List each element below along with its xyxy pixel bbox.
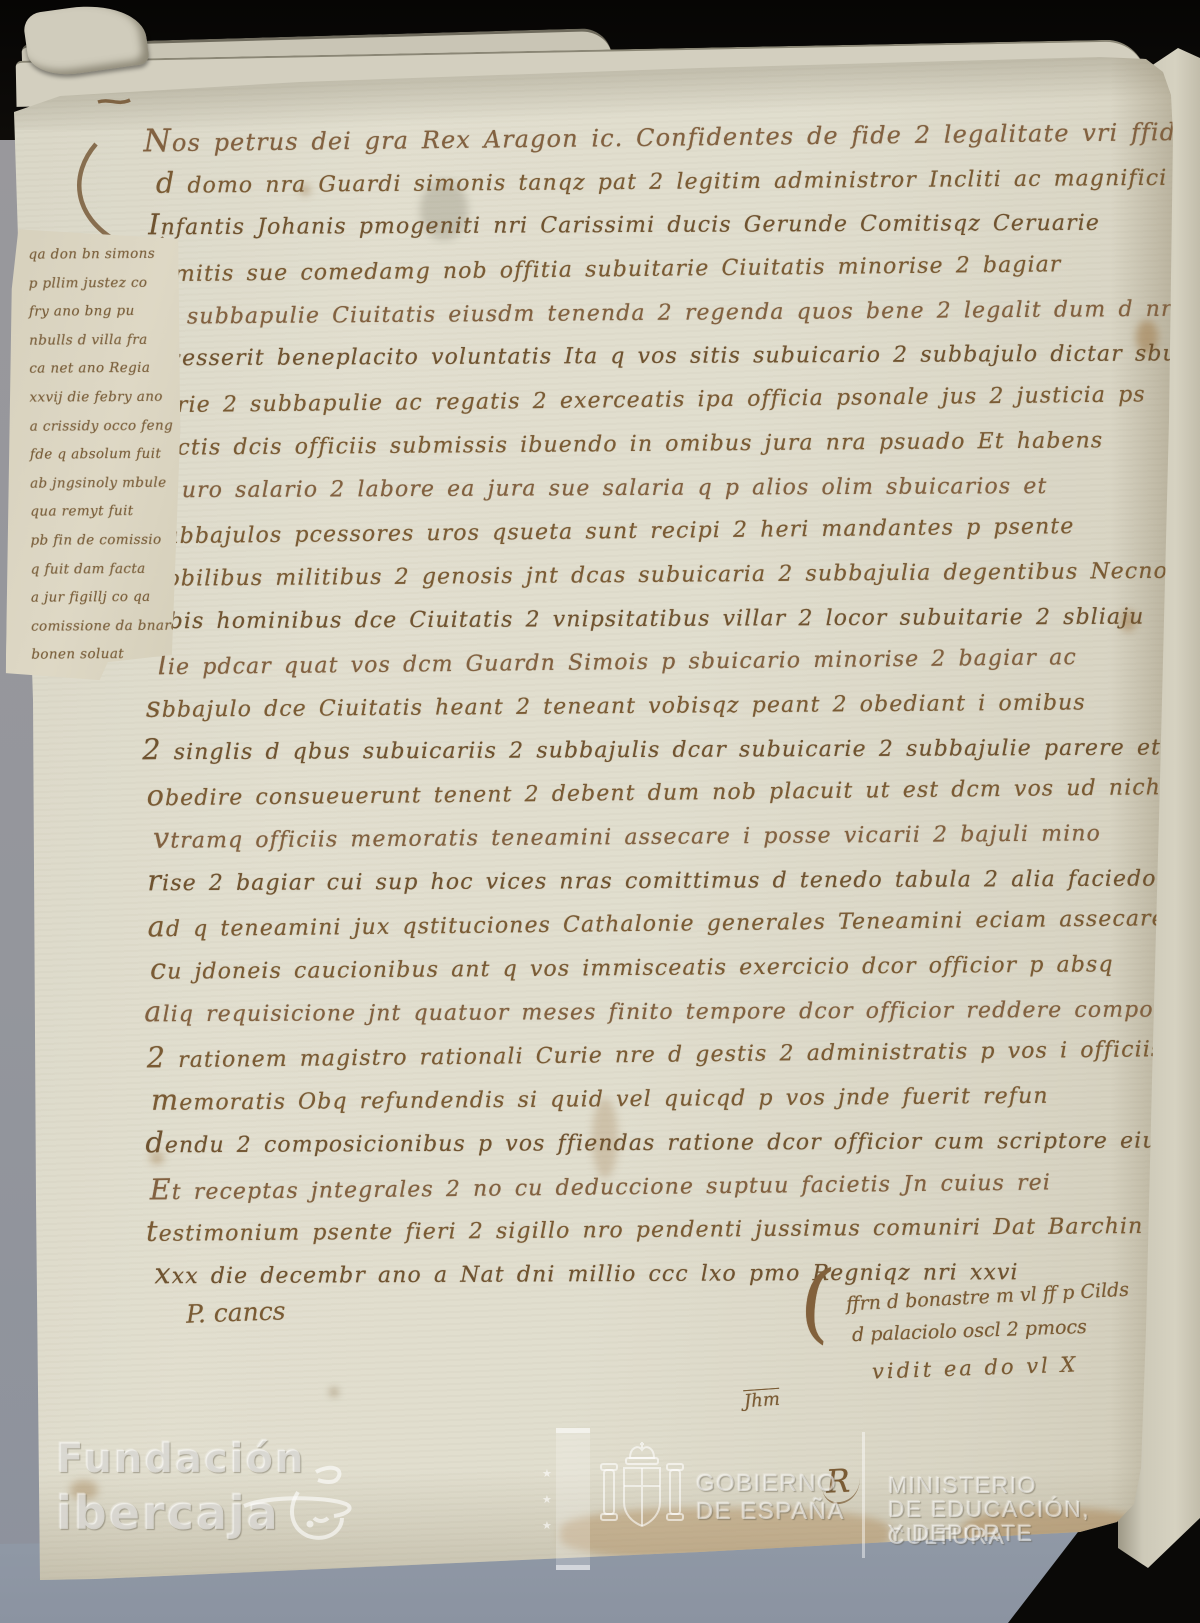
eu-stars-column-icon: ★ ★ ★ xyxy=(556,1428,590,1570)
margin-note-text: qa don bn simonsp pllim justez cofry ano… xyxy=(28,246,180,676)
gobierno-watermark-line1: GOBIERNO xyxy=(696,1470,837,1498)
margin-note-line: qua remyt fuit xyxy=(30,503,179,533)
gobierno-watermark-line2: DE ESPAÑA xyxy=(696,1498,845,1526)
manuscript-line: sbbajulo dce Ciuitatis heant 2 teneant v… xyxy=(146,682,1128,733)
main-text-block: Nos petrus dei gra Rex Aragon ic. Confid… xyxy=(133,114,1132,1301)
ministerio-watermark-line3: Y DEPORTE xyxy=(888,1520,1034,1547)
eu-star-icon: ★ xyxy=(542,1467,552,1480)
ibercaja-logo-icon xyxy=(238,1462,358,1546)
margin-note-line: p pllim justez co xyxy=(29,274,178,304)
watermark-divider xyxy=(862,1432,865,1558)
margin-note-line: qa don bn simons xyxy=(28,246,177,276)
chancellor-note: P. cancs xyxy=(186,1296,286,1328)
manuscript-line: cu jdoneis caucionibus ant q vos immisce… xyxy=(150,944,1130,995)
margin-note-line: pb fin de comissio xyxy=(30,532,179,562)
spain-coat-of-arms-icon xyxy=(596,1440,688,1546)
manuscript-line: et subbapulie Ciuitatis eiusdm tenenda 2… xyxy=(147,289,1125,340)
margin-note-line: a crissidy occo feng xyxy=(30,417,179,447)
margin-note-line: xxvij die febry ano xyxy=(29,389,178,419)
eu-star-icon: ★ xyxy=(542,1519,552,1532)
margin-note-line: ab jngsinoly mbule xyxy=(30,474,179,504)
margin-note-line: a jur figillj co qa xyxy=(31,589,180,619)
margin-note-line: fry ano bng pu xyxy=(29,303,178,333)
manuscript-line: nobilibus militibus 2 genosis jnt dcas s… xyxy=(147,551,1127,602)
manuscript-page: Nos petrus dei gra Rex Aragon ic. Confid… xyxy=(0,0,1200,1623)
manuscript-line: dendu 2 composicionibus p vos ffiendas r… xyxy=(145,1120,1131,1168)
eu-star-icon: ★ xyxy=(542,1493,552,1506)
manuscript-line: vtramq officiis memoratis teneamini asse… xyxy=(153,813,1129,864)
manuscript-line: pcesserit beneplacito voluntatis Ita q v… xyxy=(149,334,1125,382)
margin-note-slip: qa don bn simonsp pllim justez cofry ano… xyxy=(6,229,183,681)
ministerio-watermark-line1: MINISTERIO xyxy=(888,1472,1037,1499)
manuscript-line: testimonium psente fieri 2 sigillo nro p… xyxy=(146,1206,1132,1257)
margin-note-line: fde q absolum fuit xyxy=(30,446,179,476)
margin-note-line: q fuit dam facta xyxy=(31,560,180,590)
margin-note-line: comissione da bnard xyxy=(31,617,180,647)
margin-note-line: nbulls d villa fra xyxy=(29,331,178,361)
manuscript-line: dictis dcis officiis submissis ibuendo i… xyxy=(150,420,1126,471)
manuscript-line: d domo nra Guardi simonis tanqz pat 2 le… xyxy=(156,158,1124,209)
foxing-spot xyxy=(330,1388,338,1396)
margin-note-line: ca net ano Regia xyxy=(29,360,178,390)
manuscript-photo: Nos petrus dei gra Rex Aragon ic. Confid… xyxy=(0,0,1200,1623)
jhm-note: Jhm xyxy=(743,1389,780,1412)
manuscript-line: memoratis Obq refundendis si quid vel qu… xyxy=(151,1075,1131,1126)
manuscript-line: Infantis Johanis pmogeniti nri Carissimi… xyxy=(148,203,1124,251)
